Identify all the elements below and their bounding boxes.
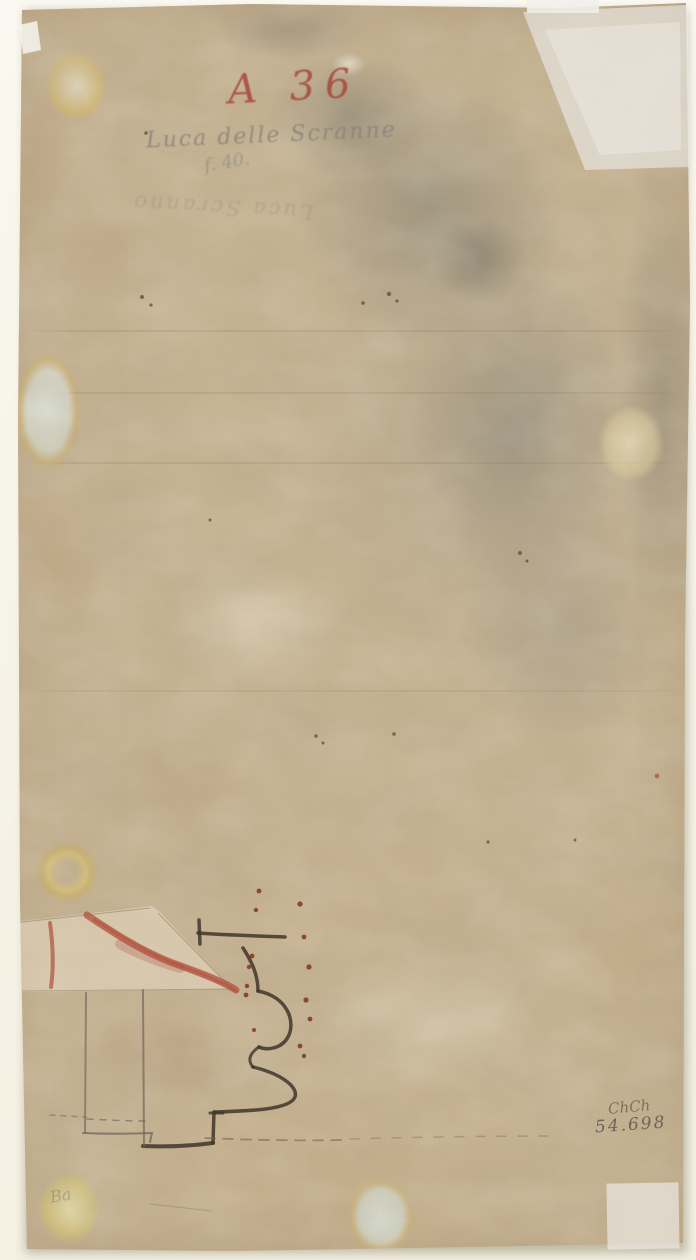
red-chalk-number-inscription: A 36 xyxy=(227,61,362,114)
glue-ring-left-lower xyxy=(34,840,100,904)
fold-crease xyxy=(20,330,686,332)
fold-crease xyxy=(20,392,686,394)
glue-stain-top-left xyxy=(45,52,107,120)
glue-stain-left xyxy=(16,352,80,470)
scan-mat: A 36 Luca delle Scranne f. 40. Luca Scra… xyxy=(0,0,696,1260)
glue-stain-bottom-left xyxy=(38,1172,100,1246)
glue-stain-right xyxy=(598,404,664,482)
glue-stain-bottom-center xyxy=(348,1178,414,1254)
fold-crease xyxy=(20,690,686,692)
corner-pencil-mark: Ba xyxy=(49,1184,73,1206)
fold-crease xyxy=(20,462,686,464)
